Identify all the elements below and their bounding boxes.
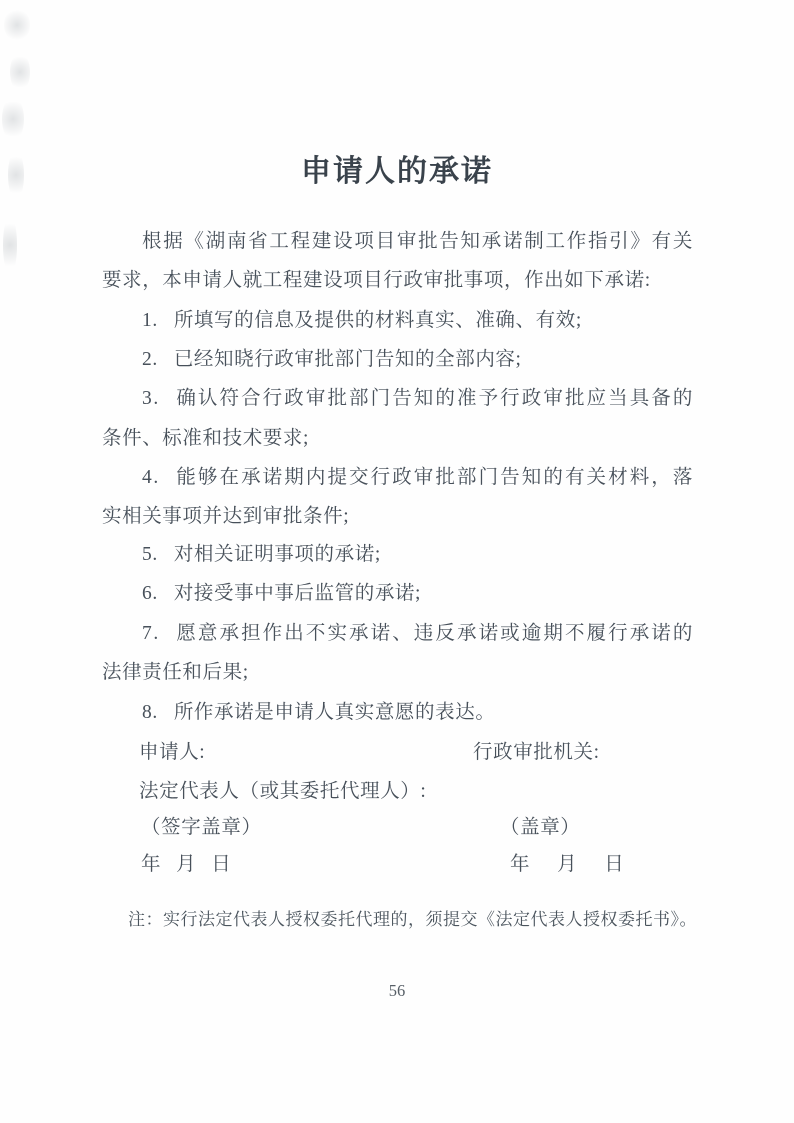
footnote: 注：实行法定代表人授权委托代理的，须提交《法定代表人授权委托书》。	[128, 905, 697, 930]
year-label: 年	[141, 854, 161, 875]
date-line-applicant: 年月日	[141, 848, 231, 876]
paragraph-line-1: 根据《湖南省工程建设项目审批告知承诺制工作指引》有关	[142, 229, 694, 255]
scan-artifact	[3, 215, 17, 275]
document-page: 申请人的承诺 根据《湖南省工程建设项目审批告知承诺制工作指引》有关 要求，本申请…	[0, 0, 794, 1123]
legal-representative-label: 法定代表人（或其委托代理人）:	[139, 775, 426, 803]
item-text: 确认符合行政审批部门告知的准予行政审批应当具备的	[176, 388, 694, 409]
list-item-2: 2.已经知晓行政审批部门告知的全部内容;	[142, 347, 522, 373]
year-label: 年	[510, 854, 530, 875]
item-text: 已经知晓行政审批部门告知的全部内容;	[174, 349, 522, 370]
list-item-3: 3.确认符合行政审批部门告知的准予行政审批应当具备的	[142, 386, 694, 412]
list-item-5: 5.对相关证明事项的承诺;	[142, 542, 381, 568]
item-number: 5.	[142, 544, 158, 565]
item-text: 所填写的信息及提供的材料真实、准确、有效;	[174, 310, 582, 331]
list-item-7: 7.愿意承担作出不实承诺、违反承诺或逾期不履行承诺的	[142, 621, 694, 647]
item-number: 6.	[142, 583, 158, 604]
list-item-3-continuation: 条件、标准和技术要求;	[102, 426, 309, 452]
item-text: 能够在承诺期内提交行政审批部门告知的有关材料，落	[176, 467, 694, 488]
month-label: 月	[176, 854, 196, 875]
scan-artifact	[10, 52, 30, 92]
scan-artifact	[4, 8, 30, 42]
list-item-4: 4.能够在承诺期内提交行政审批部门告知的有关材料，落	[142, 465, 694, 491]
item-number: 2.	[142, 349, 158, 370]
item-text: 所作承诺是申请人真实意愿的表达。	[174, 702, 496, 723]
footnote-text: 实行法定代表人授权委托代理的，须提交《法定代表人授权委托书》。	[163, 910, 697, 929]
item-text: 愿意承担作出不实承诺、违反承诺或逾期不履行承诺的	[176, 623, 694, 644]
seal-label: （盖章）	[500, 811, 580, 839]
footnote-prefix: 注：	[128, 910, 163, 929]
page-title: 申请人的承诺	[0, 146, 794, 190]
day-label: 日	[211, 854, 231, 875]
scan-artifact	[2, 96, 24, 142]
list-item-8: 8.所作承诺是申请人真实意愿的表达。	[142, 700, 495, 726]
day-label: 日	[604, 854, 624, 875]
list-item-6: 6.对接受事中事后监管的承诺;	[142, 581, 421, 607]
page-number: 56	[0, 981, 794, 1001]
item-number: 1.	[142, 310, 158, 331]
date-line-authority: 年月日	[510, 848, 624, 876]
item-number: 8.	[142, 702, 158, 723]
list-item-4-continuation: 实相关事项并达到审批条件;	[102, 504, 349, 530]
list-item-1: 1.所填写的信息及提供的材料真实、准确、有效;	[142, 308, 582, 334]
authority-label: 行政审批机关:	[473, 736, 600, 764]
item-number: 4.	[142, 467, 160, 488]
paragraph-line-2: 要求，本申请人就工程建设项目行政审批事项，作出如下承诺:	[102, 268, 651, 294]
item-text: 对相关证明事项的承诺;	[174, 544, 381, 565]
item-number: 7.	[142, 623, 160, 644]
sign-seal-label: （签字盖章）	[141, 811, 262, 839]
item-number: 3.	[142, 388, 160, 409]
month-label: 月	[557, 854, 577, 875]
item-text: 对接受事中事后监管的承诺;	[174, 583, 421, 604]
list-item-7-continuation: 法律责任和后果;	[102, 660, 249, 686]
applicant-label: 申请人:	[139, 736, 205, 764]
